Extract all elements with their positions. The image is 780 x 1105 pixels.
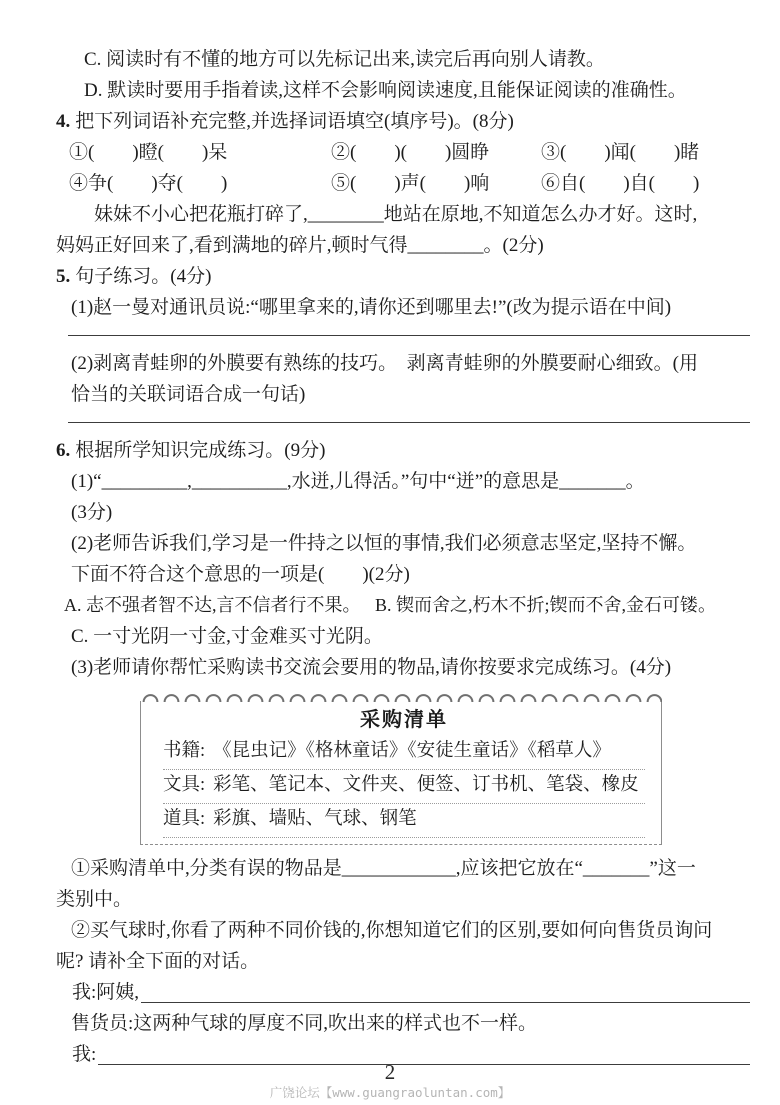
question5-number: 5. xyxy=(56,266,70,287)
question4-fill-paragraph-line2: 妈妈正好回来了,看到满地的碎片,顿时气得________。(2分) xyxy=(56,230,752,261)
question5-part1: (1)赵一曼对通讯员说:“哪里拿来的,请你还到哪里去!”(改为提示语在中间) xyxy=(71,292,752,323)
question6-part2-line2: 下面不符合这个意思的一项是( )(2分) xyxy=(71,559,752,590)
question5-stem: 5.句子练习。(4分) xyxy=(56,261,752,292)
question6-number: 6. xyxy=(56,440,70,461)
question4-fill-paragraph-line1: 妹妹不小心把花瓶打碎了,________地站在原地,不知道怎么办才好。这时, xyxy=(94,199,752,230)
shopping-list-row-books: 书籍:《昆虫记》《格林童话》《安徒生童话》《稻草人》 xyxy=(163,736,645,770)
watermark-text: 广饶论坛【www.guangraoluntan.com】 xyxy=(0,1083,780,1101)
fill-blank-line xyxy=(141,977,750,1003)
question6-part1-line1: (1)“_________,__________,水迸,儿得活。”句中“迸”的意… xyxy=(71,466,752,497)
question6-sub1-line1: ①采购清单中,分类有误的物品是____________,应该把它放在“_____… xyxy=(71,853,752,884)
question6-part2-options-ab: A. 志不强者智不达,言不信者行不果。 B. 锲而舍之,朽木不折;锲而不舍,金石… xyxy=(64,590,752,621)
scallop-edge xyxy=(140,692,662,702)
idiom-blank-4: ④争( )夺( ) xyxy=(69,168,331,199)
question6-sub2-line1: ②买气球时,你看了两种不同价钱的,你想知道它们的区别,要如何向售货员询问 xyxy=(71,915,752,946)
option-c: C. 阅读时有不懂的地方可以先标记出来,读完后再向别人请教。 xyxy=(84,44,752,75)
answer-line xyxy=(68,422,750,423)
page-number: 2 xyxy=(0,1060,780,1085)
question5-part2-line1: (2)剥离青蛙卵的外膜要有熟练的技巧。 剥离青蛙卵的外膜要耐心细致。(用 xyxy=(71,348,752,379)
shopping-list-row-stationery: 文具:彩笔、笔记本、文件夹、便签、订书机、笔袋、橡皮 xyxy=(163,770,645,804)
idiom-blank-5: ⑤( )声( )响 xyxy=(331,168,541,199)
shopping-list-box: 采购清单 书籍:《昆虫记》《格林童话》《安徒生童话》《稻草人》 文具:彩笔、笔记… xyxy=(140,691,662,845)
option-d: D. 默读时要用手指着读,这样不会影响阅读速度,且能保证阅读的准确性。 xyxy=(84,75,752,106)
question4-number: 4. xyxy=(56,111,70,132)
option-a: A. 志不强者智不达,言不信者行不果。 xyxy=(64,595,361,615)
exam-sheet-page: C. 阅读时有不懂的地方可以先标记出来,读完后再向别人请教。 D. 默读时要用手… xyxy=(0,0,780,1105)
shopping-list-row-props: 道具:彩旗、墙贴、气球、钢笔 xyxy=(163,804,645,838)
row-content-props: 彩旗、墙贴、气球、钢笔 xyxy=(213,809,417,829)
idiom-blank-6: ⑥自( )自( ) xyxy=(541,168,752,199)
question6-stem: 6.根据所学知识完成练习。(9分) xyxy=(56,435,752,466)
dialogue-line-me-1: 我:阿姨, xyxy=(72,977,752,1008)
question5-stem-text: 句子练习。(4分) xyxy=(75,266,211,287)
answer-line xyxy=(68,335,750,336)
idiom-blank-3: ③( )闻( )睹 xyxy=(541,137,752,168)
row-label-props: 道具: xyxy=(163,809,205,829)
option-b: B. 锲而舍之,朽木不折;锲而不舍,金石可镂。 xyxy=(375,595,716,615)
idiom-blank-2: ②( )( )圆睁 xyxy=(331,137,541,168)
question5-part2-line2: 恰当的关联词语合成一句话) xyxy=(71,379,752,410)
question4-stem-text: 把下列词语补充完整,并选择词语填空(填序号)。(8分) xyxy=(75,111,514,132)
question6-part2-line1: (2)老师告诉我们,学习是一件持之以恒的事情,我们必须意志坚定,坚持不懈。 xyxy=(71,528,752,559)
question6-sub2-line2: 呢? 请补全下面的对话。 xyxy=(56,946,752,977)
idiom-blank-1: ①( )瞪( )呆 xyxy=(69,137,331,168)
row-label-books: 书籍: xyxy=(163,741,205,761)
dialogue-line-seller: 售货员:这两种气球的厚度不同,吹出来的样式也不一样。 xyxy=(71,1008,752,1039)
option-c-line: C. 一寸光阴一寸金,寸金难买寸光阴。 xyxy=(71,621,752,652)
dialogue-me1-label: 我:阿姨, xyxy=(72,977,139,1008)
shopping-list-title: 采购清单 xyxy=(163,704,645,736)
question4-idiom-row-2: ④争( )夺( ) ⑤( )声( )响 ⑥自( )自( ) xyxy=(69,168,752,199)
shopping-list-body: 采购清单 书籍:《昆虫记》《格林童话》《安徒生童话》《稻草人》 文具:彩笔、笔记… xyxy=(140,701,662,845)
row-content-stationery: 彩笔、笔记本、文件夹、便签、订书机、笔袋、橡皮 xyxy=(213,775,639,795)
question6-part1-line2: (3分) xyxy=(71,497,752,528)
row-content-books: 《昆虫记》《格林童话》《安徒生童话》《稻草人》 xyxy=(213,741,611,761)
question6-part3-stem: (3)老师请你帮忙采购读书交流会要用的物品,请你按要求完成练习。(4分) xyxy=(71,652,752,683)
question4-stem: 4.把下列词语补充完整,并选择词语填空(填序号)。(8分) xyxy=(56,106,752,137)
row-label-stationery: 文具: xyxy=(163,775,205,795)
question6-stem-text: 根据所学知识完成练习。(9分) xyxy=(75,440,325,461)
question4-idiom-row-1: ①( )瞪( )呆 ②( )( )圆睁 ③( )闻( )睹 xyxy=(69,137,752,168)
question6-sub1-line2: 类别中。 xyxy=(56,884,752,915)
